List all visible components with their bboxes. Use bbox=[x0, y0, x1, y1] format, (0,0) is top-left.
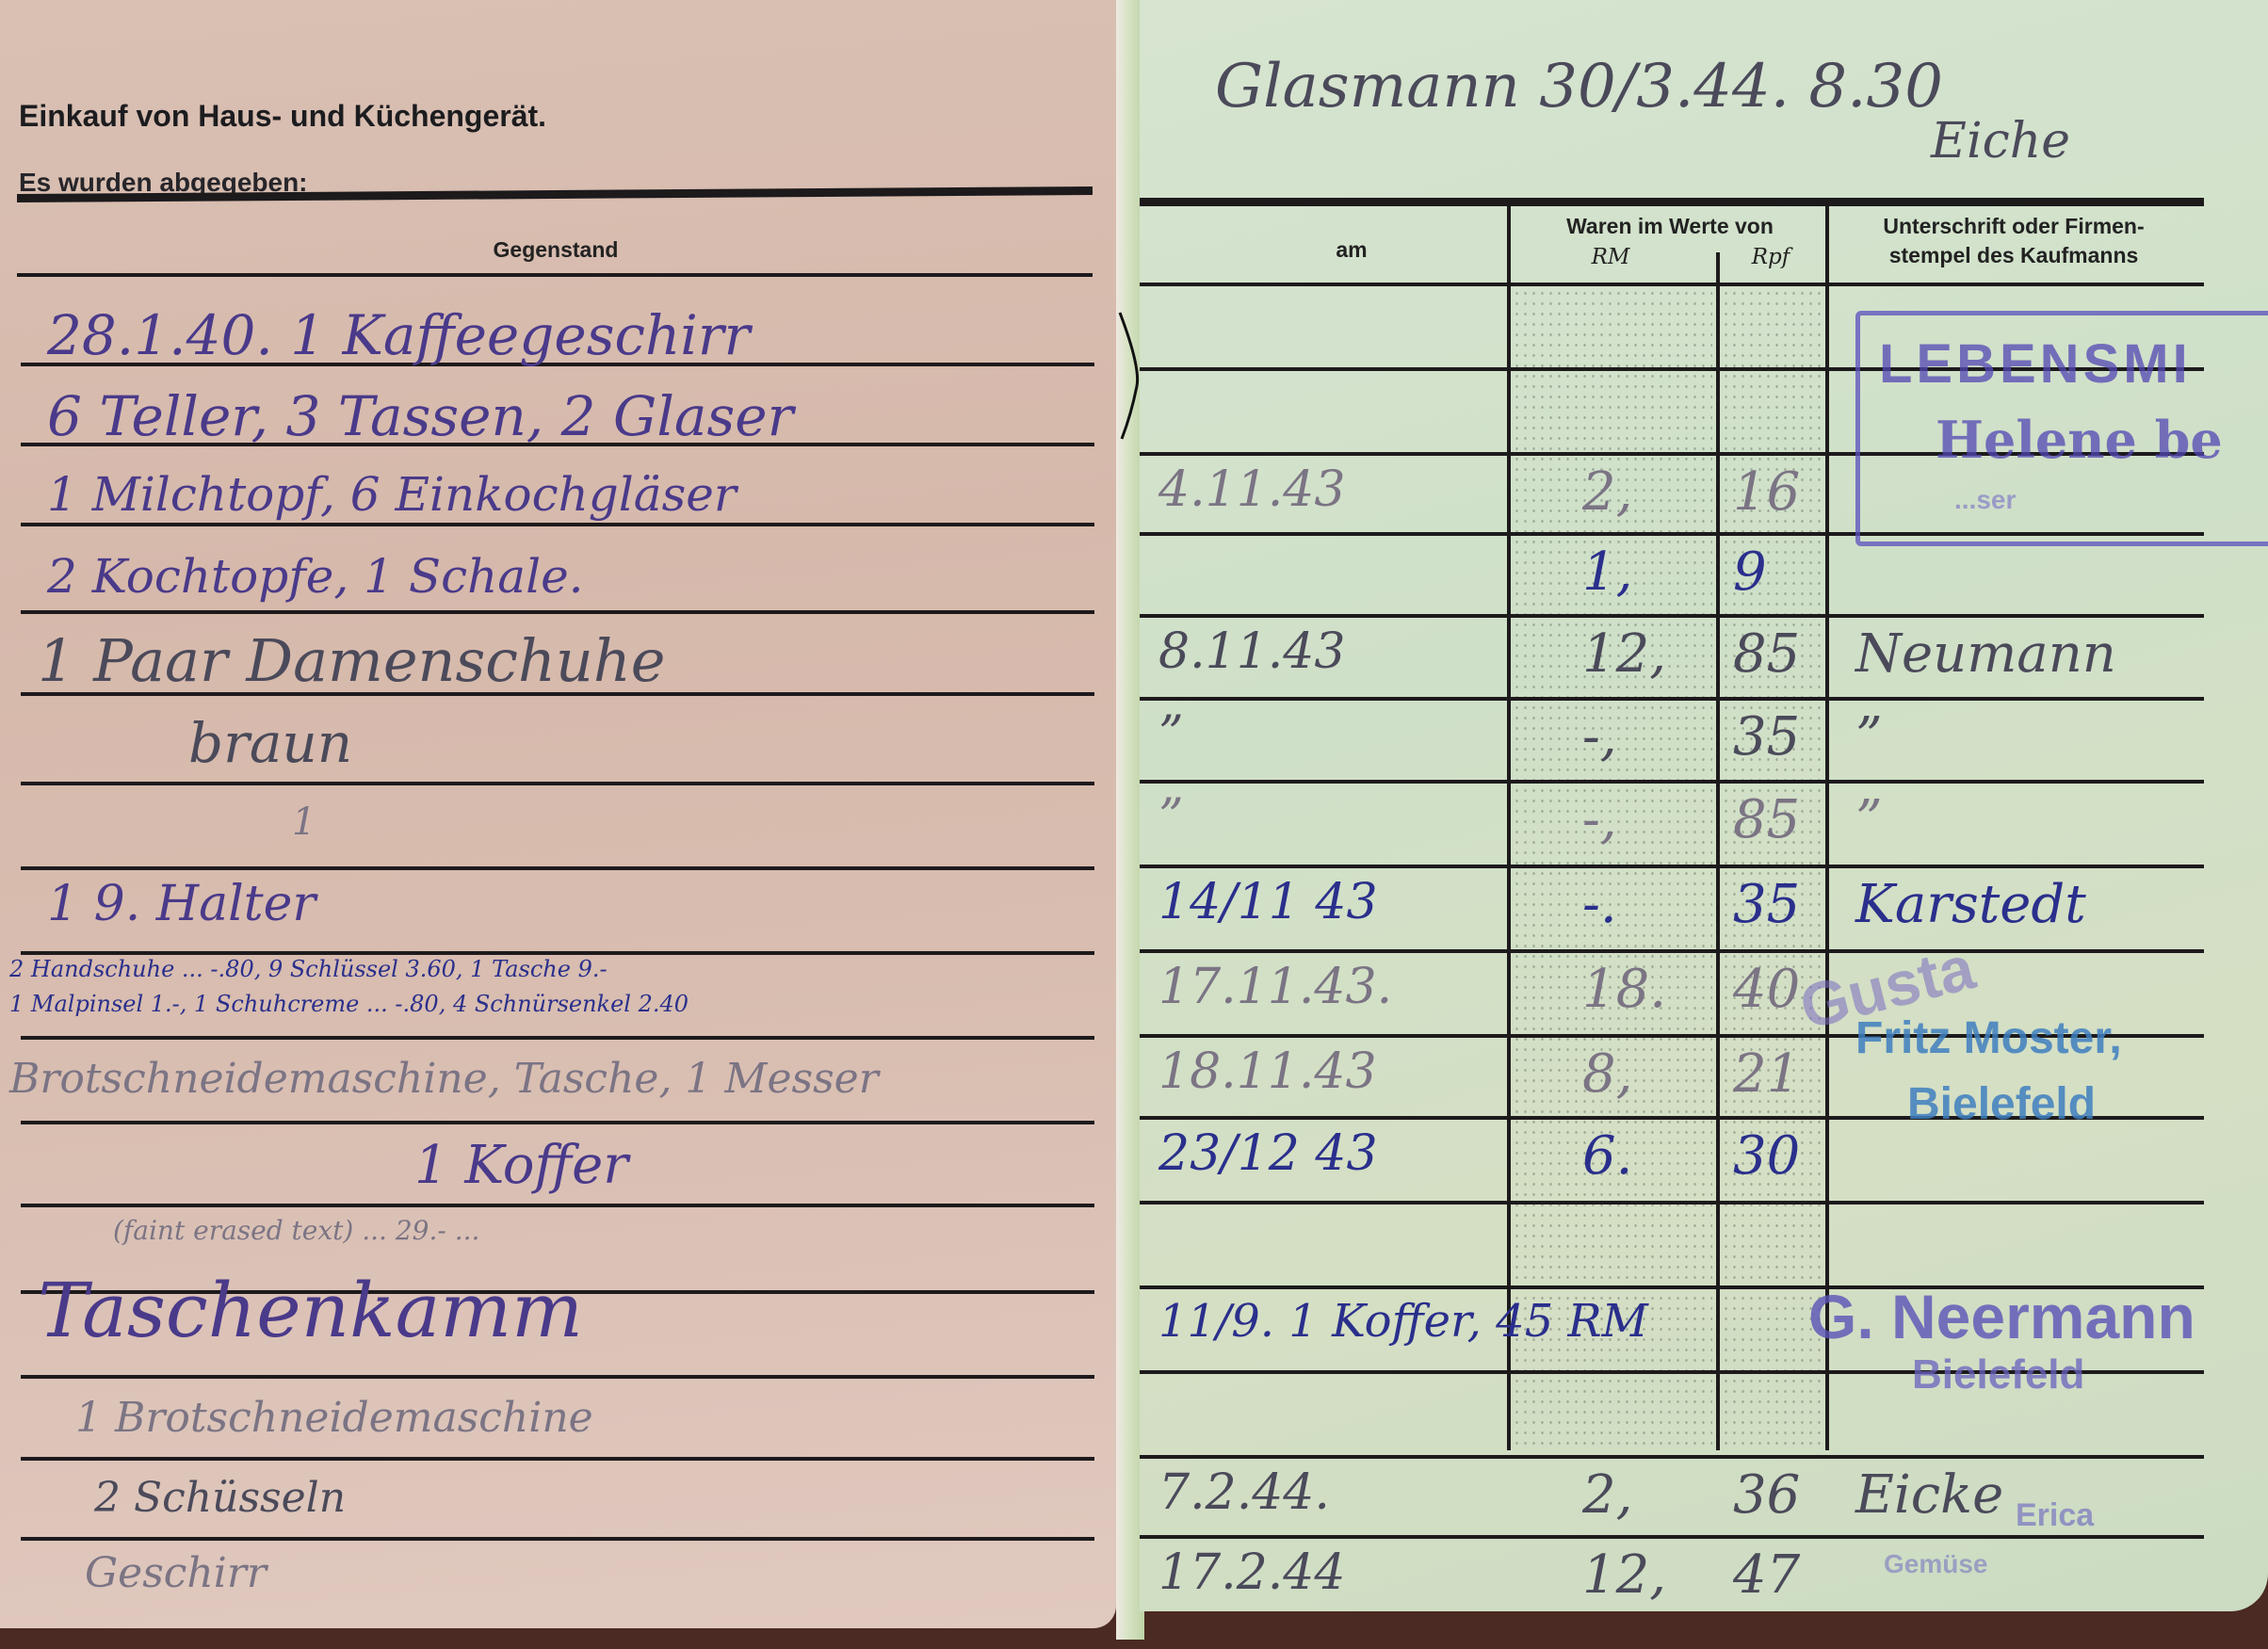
column-divider-value bbox=[1825, 198, 1829, 1450]
ruled-line bbox=[21, 1457, 1094, 1461]
column-header-signature-line2: stempel des Kaufmanns bbox=[1835, 241, 2193, 270]
rm-cell: -, bbox=[1582, 706, 1617, 768]
list-item: Geschirr bbox=[85, 1549, 267, 1597]
list-item: 1 bbox=[292, 800, 316, 844]
list-item: 6 Teller, 3 Tassen, 2 Glaser bbox=[47, 384, 793, 448]
list-item: 1 Paar Damenschuhe bbox=[38, 626, 665, 695]
signature-cell: Karstedt bbox=[1855, 874, 2086, 935]
rm-cell: 2, bbox=[1582, 461, 1632, 523]
rpf-cell: 16 bbox=[1733, 461, 1800, 523]
ruled-line bbox=[21, 782, 1094, 785]
date-cell: 23/12 43 bbox=[1158, 1125, 1378, 1182]
page-title: Einkauf von Haus- und Küchengerät. bbox=[19, 99, 546, 134]
row-line bbox=[1140, 949, 2204, 953]
stamp-lebensmittel-line2: Helene be bbox=[1936, 410, 2223, 470]
list-item: 2 Schüsseln bbox=[94, 1474, 346, 1522]
rm-cell: -, bbox=[1582, 789, 1617, 850]
list-item: 1 9. Halter bbox=[47, 876, 316, 932]
column-divider-date bbox=[1507, 198, 1511, 1450]
left-page: Einkauf von Haus- und Küchengerät. Es wu… bbox=[0, 0, 1116, 1628]
top-note: Glasmann 30/3.44. 8.30 bbox=[1215, 52, 1943, 121]
stamp-lebensmittel: LEBENSMI Helene be ...ser bbox=[1855, 311, 2268, 546]
stamp-bottom-line1: Erica bbox=[2016, 1497, 2094, 1534]
list-item: braun bbox=[188, 711, 352, 775]
row-line bbox=[1140, 1201, 2204, 1204]
rm-cell: 18. bbox=[1582, 959, 1666, 1020]
ruled-line bbox=[21, 1204, 1094, 1207]
stamp-neermann-name: G. Neermann bbox=[1808, 1281, 2195, 1352]
right-page: Glasmann 30/3.44. 8.30 Eiche am Waren im… bbox=[1140, 0, 2268, 1611]
row-line bbox=[1140, 780, 2204, 784]
column-divider-rm bbox=[1716, 252, 1720, 1450]
rpf-cell: 40 bbox=[1733, 959, 1800, 1020]
header-bottom-rule bbox=[17, 273, 1093, 277]
date-cell: 17.11.43. bbox=[1158, 959, 1392, 1015]
ruled-line bbox=[21, 866, 1094, 870]
column-header-rm: RM bbox=[1554, 243, 1667, 272]
ruled-line bbox=[21, 610, 1094, 614]
signature-cell: ” bbox=[1855, 706, 1883, 768]
list-item: (faint erased text) ... 29.- ... bbox=[113, 1215, 479, 1246]
rm-cell: 2, bbox=[1582, 1464, 1632, 1526]
column-header-signature-line1: Unterschrift oder Firmen- bbox=[1835, 212, 2193, 241]
rpf-cell: 21 bbox=[1733, 1043, 1800, 1105]
stamp-moster-name: Fritz Moster, bbox=[1855, 1012, 2122, 1064]
rpf-cell: 35 bbox=[1733, 874, 1800, 935]
date-cell: ” bbox=[1158, 706, 1184, 763]
date-cell: 8.11.43 bbox=[1158, 623, 1345, 680]
stamp-lebensmittel-line1: LEBENSMI bbox=[1879, 332, 2192, 396]
signature-cell: ” bbox=[1855, 789, 1883, 850]
list-item: 1 Malpinsel 1.-, 1 Schuhcreme ... -.80, … bbox=[9, 991, 688, 1017]
list-item: Brotschneidemaschine, Tasche, 1 Messer bbox=[9, 1055, 879, 1103]
rpf-cell: 36 bbox=[1733, 1464, 1800, 1526]
list-item: 1 Milchtopf, 6 Einkochgläser bbox=[47, 467, 737, 522]
date-cell: 18.11.43 bbox=[1158, 1043, 1377, 1100]
column-header-signature: Unterschrift oder Firmen- stempel des Ka… bbox=[1835, 212, 2193, 270]
list-item: 1 Brotschneidemaschine bbox=[75, 1394, 593, 1442]
row-line bbox=[1140, 1455, 2204, 1459]
rm-cell: 1, bbox=[1582, 542, 1632, 603]
column-header-item: Gegenstand bbox=[414, 235, 697, 265]
row-line bbox=[1140, 865, 2204, 868]
date-cell: 7.2.44. bbox=[1158, 1464, 1330, 1521]
column-header-date: am bbox=[1309, 235, 1394, 265]
stamp-bottom-line2: Gemüse bbox=[1884, 1549, 1988, 1579]
date-cell: 17.2.44 bbox=[1158, 1544, 1345, 1601]
column-header-rpf: Rpf bbox=[1724, 243, 1818, 272]
top-note-signature: Eiche bbox=[1931, 113, 2070, 170]
ruled-line bbox=[21, 523, 1094, 526]
list-item: 1 Koffer bbox=[414, 1135, 628, 1196]
list-item: Taschenkamm bbox=[38, 1267, 583, 1354]
signature-cell: Neumann bbox=[1855, 623, 2116, 685]
rpf-cell: 85 bbox=[1733, 623, 1800, 685]
date-cell: 4.11.43 bbox=[1158, 461, 1345, 518]
ruled-line bbox=[21, 1121, 1094, 1124]
table-top-rule bbox=[1140, 198, 2204, 206]
date-cell: 11/9. 1 Koffer, 45 RM bbox=[1158, 1295, 1648, 1348]
column-header-value: Waren im Werte von bbox=[1515, 212, 1825, 241]
rpf-cell: 35 bbox=[1733, 706, 1800, 768]
rpf-cell: 47 bbox=[1733, 1544, 1800, 1606]
list-item: 28.1.40. 1 Kaffeegeschirr bbox=[47, 303, 750, 367]
rm-cell: 6. bbox=[1582, 1125, 1632, 1187]
row-line bbox=[1140, 697, 2204, 701]
row-line bbox=[1140, 1535, 2204, 1539]
ruled-line bbox=[21, 951, 1094, 955]
date-cell: 14/11 43 bbox=[1158, 874, 1378, 930]
rm-cell: 12, bbox=[1582, 623, 1666, 685]
signature-cell: Eicke bbox=[1855, 1464, 2003, 1526]
rpf-cell: 85 bbox=[1733, 789, 1800, 850]
rm-cell: -. bbox=[1582, 874, 1617, 935]
rpf-cell: 30 bbox=[1733, 1125, 1800, 1187]
list-item: 2 Handschuhe ... -.80, 9 Schlüssel 3.60,… bbox=[9, 956, 607, 982]
rm-cell: 8, bbox=[1582, 1043, 1632, 1105]
ruled-line bbox=[21, 1537, 1094, 1541]
table-header-rule bbox=[1140, 283, 2204, 286]
stamp-moster-city: Bielefeld bbox=[1907, 1078, 2096, 1130]
stamp-lebensmittel-line3: ...ser bbox=[1954, 485, 2016, 515]
ruled-line bbox=[21, 1375, 1094, 1379]
ruled-line bbox=[21, 1036, 1094, 1040]
date-cell: ” bbox=[1158, 789, 1184, 846]
stamp-neermann-city: Bielefeld bbox=[1912, 1351, 2084, 1398]
row-line bbox=[1140, 614, 2204, 618]
rm-cell: 12, bbox=[1582, 1544, 1666, 1606]
rpf-cell: 9 bbox=[1733, 542, 1767, 603]
list-item: 2 Kochtopfe, 1 Schale. bbox=[47, 549, 584, 604]
